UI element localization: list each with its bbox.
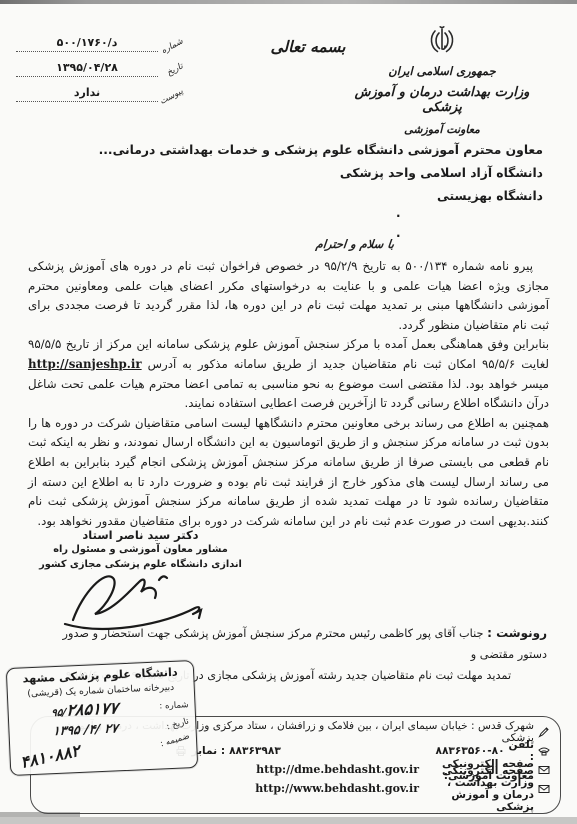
- signer-name: دکتر سید ناصر استاد: [38, 528, 243, 542]
- sanjesh-url: http://sanjeshp.ir: [28, 357, 142, 371]
- pencil-icon: [538, 726, 550, 738]
- stamp-number-prefix: ۹۵/: [51, 707, 67, 720]
- meta-number-label: شماره: [157, 36, 185, 57]
- footer-ministry-page-url: http://www.behdasht.gov.ir: [255, 782, 419, 795]
- meta-number-row: شماره د/۵۰۰/۱۷۶۰: [16, 36, 184, 52]
- meta-attachment-label: پیوست: [157, 86, 185, 107]
- letter-meta-block: شماره د/۵۰۰/۱۷۶۰ تاریخ ۱۳۹۵/۰۴/۲۸ پیوست …: [16, 36, 184, 111]
- copy-note-label: رونوشت :: [487, 626, 547, 640]
- scan-edge-top: [0, 0, 577, 4]
- paragraph-2-text: میسر خواهد بود. لذا مقتضی است موضوع به ن…: [28, 377, 549, 411]
- signer-title: مشاور معاون آموزشی و مسئول راه: [38, 544, 243, 557]
- recipient-line: معاون محترم آموزشی دانشگاه علوم پزشکی و …: [30, 139, 543, 162]
- meta-attachment-value: ندارد: [16, 86, 158, 102]
- stamp-number-label: شماره :: [154, 700, 188, 711]
- envelope-icon: [538, 783, 550, 795]
- recipient-line: دانشگاه بهزیستی: [30, 185, 543, 208]
- footer-ministry-page-row: صفحه الکترونیکی وزارت بهداشت ، درمان و آ…: [41, 779, 550, 798]
- scan-edge-bottom: [0, 817, 577, 824]
- recipients-block: معاون محترم آموزشی دانشگاه علوم پزشکی و …: [30, 139, 543, 208]
- placeholder-dot: .: [396, 206, 401, 220]
- meta-date-value: ۱۳۹۵/۰۴/۲۸: [16, 61, 158, 77]
- paragraph-3: همچنین به اطلاع می رساند برخی معاونین مح…: [28, 414, 549, 532]
- footer-fax-number: ۸۸۳۶۳۹۸۳: [229, 745, 281, 757]
- scanned-letter-page: جمهوری اسلامی ایران وزارت بهداشت درمان و…: [0, 0, 577, 824]
- meta-number-value: د/۵۰۰/۱۷۶۰: [16, 36, 158, 52]
- paragraph-2: بنابراین وفق هماهنگی بعمل آمده با مرکز س…: [28, 335, 549, 413]
- copy-note-text: جناب آقای پور کاظمی رئیس محترم مرکز سنجش…: [63, 627, 547, 661]
- handwritten-greeting: با سلام و احترام: [304, 237, 405, 251]
- besmellah-calligraphy: بسمه تعالی: [238, 38, 378, 56]
- stamp-number-value: ۹۵/۲۸۵۱۷۷: [14, 697, 155, 722]
- stamp-number-digits: ۲۸۵۱۷۷: [66, 698, 119, 719]
- letterhead-deputy: معاونت آموزشی: [337, 123, 547, 136]
- iran-emblem-icon: [426, 24, 458, 62]
- letter-body: پیرو نامه شماره ۵۰۰/۱۳۴ به تاریخ ۹۵/۲/۹ …: [28, 257, 549, 531]
- letterhead-ministry: وزارت بهداشت درمان و آموزش پزشکی: [337, 85, 547, 115]
- recipient-line: دانشگاه آزاد اسلامی واحد پزشکی: [30, 162, 543, 185]
- meta-date-row: تاریخ ۱۳۹۵/۰۴/۲۸: [16, 61, 184, 77]
- footer-phone-number: ۸۸۳۶۳۵۶۰-۸۰: [435, 745, 504, 757]
- footer-ministry-page-label: صفحه الکترونیکی وزارت بهداشت ، درمان و آ…: [419, 765, 534, 813]
- letterhead-country: جمهوری اسلامی ایران: [337, 64, 547, 78]
- meta-attachment-row: پیوست ندارد: [16, 86, 184, 102]
- phone-icon: [538, 745, 550, 757]
- paragraph-1: پیرو نامه شماره ۵۰۰/۱۳۴ به تاریخ ۹۵/۲/۹ …: [28, 257, 549, 335]
- copy-note-line1: رونوشت : جناب آقای پور کاظمی رئیس محترم …: [30, 623, 547, 665]
- footer-edu-page-url: http://dme.behdasht.gov.ir: [256, 763, 419, 776]
- meta-date-label: تاریخ: [157, 61, 185, 82]
